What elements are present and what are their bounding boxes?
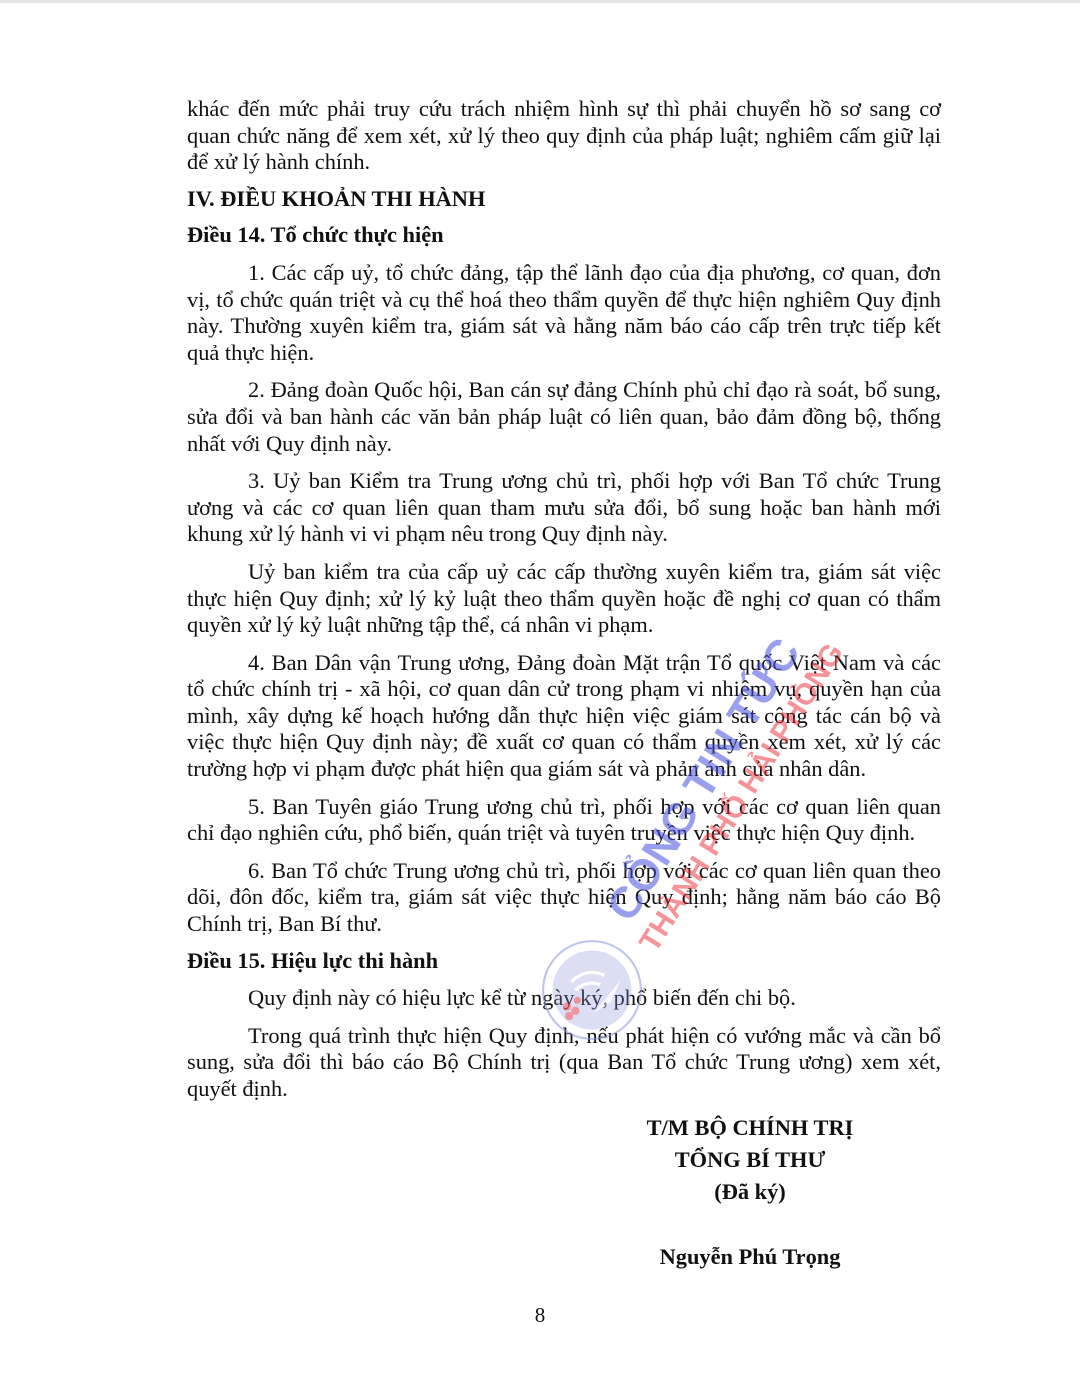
- signature-title: TỔNG BÍ THƯ: [600, 1144, 900, 1176]
- signature-signed-note: (Đã ký): [600, 1176, 900, 1208]
- article-14-clause-3-sub: Uỷ ban kiểm tra của cấp uỷ các cấp thườn…: [187, 559, 941, 639]
- document-page: khác đến mức phải truy cứu trách nhiệm h…: [187, 96, 941, 1103]
- continuation-paragraph: khác đến mức phải truy cứu trách nhiệm h…: [187, 96, 941, 176]
- article-14-clause-6: 6. Ban Tổ chức Trung ương chủ trì, phối …: [187, 858, 941, 938]
- article-14-clause-2: 2. Đảng đoàn Quốc hội, Ban cán sự đảng C…: [187, 377, 941, 457]
- article-14-clause-1: 1. Các cấp uỷ, tổ chức đảng, tập thể lãn…: [187, 260, 941, 366]
- page-number: 8: [0, 1303, 1080, 1328]
- article-15-paragraph-1: Quy định này có hiệu lực kể từ ngày ký, …: [187, 985, 941, 1012]
- signature-block: T/M BỘ CHÍNH TRỊ TỔNG BÍ THƯ (Đã ký) Ngu…: [600, 1112, 900, 1273]
- article-15-heading: Điều 15. Hiệu lực thi hành: [187, 948, 941, 975]
- article-15-paragraph-2: Trong quá trình thực hiện Quy định, nếu …: [187, 1023, 941, 1103]
- top-divider: [0, 0, 1080, 3]
- section-heading: IV. ĐIỀU KHOẢN THI HÀNH: [187, 186, 941, 213]
- article-14-heading: Điều 14. Tổ chức thực hiện: [187, 222, 941, 249]
- signature-on-behalf: T/M BỘ CHÍNH TRỊ: [600, 1112, 900, 1144]
- article-14-clause-5: 5. Ban Tuyên giáo Trung ương chủ trì, ph…: [187, 794, 941, 847]
- article-14-clause-3: 3. Uỷ ban Kiểm tra Trung ương chủ trì, p…: [187, 468, 941, 548]
- signatory-name: Nguyễn Phú Trọng: [600, 1241, 900, 1273]
- article-14-clause-4: 4. Ban Dân vận Trung ương, Đảng đoàn Mặt…: [187, 650, 941, 783]
